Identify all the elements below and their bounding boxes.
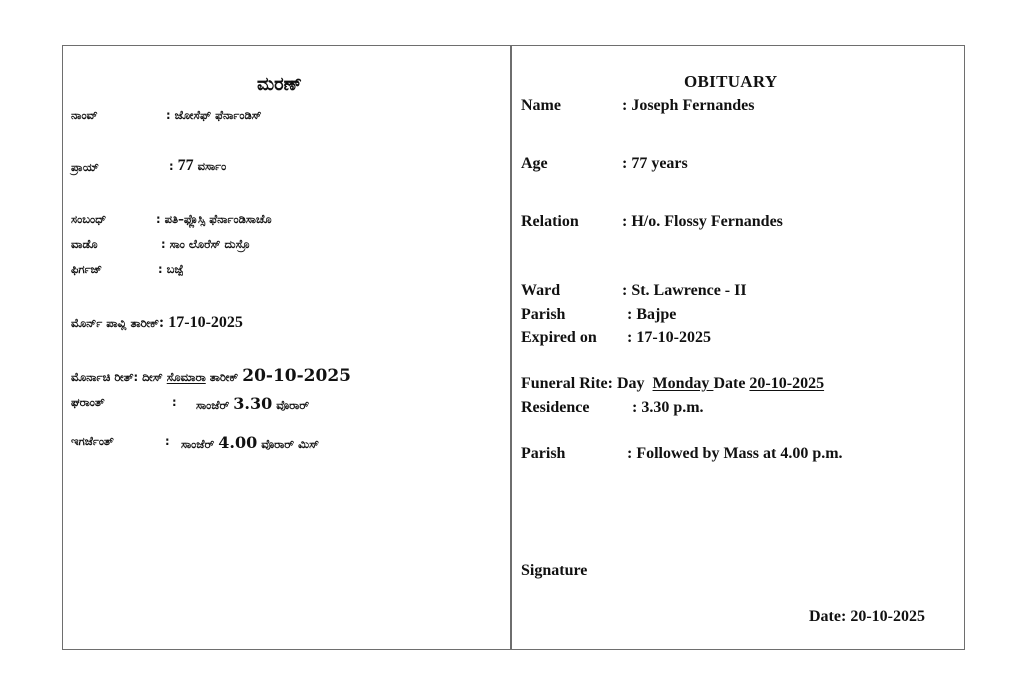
signature-date: Date: 20-10-2025 xyxy=(809,608,925,626)
konkani-church-sep: : xyxy=(165,434,170,448)
konkani-home-label: ಘರಾಂತ್ xyxy=(71,395,105,410)
konkani-ward-label: ವಾಡೊ xyxy=(71,237,98,252)
obituary-table-border xyxy=(62,45,965,650)
konkani-relation-label: ಸಂಬಂಧ್ xyxy=(71,212,106,227)
relation-value: : H/o. Flossy Fernandes xyxy=(622,213,783,231)
residence-label: Residence xyxy=(521,399,589,417)
konkani-name-label: ನಾಂವ್ xyxy=(71,108,98,123)
expired-label: Expired on xyxy=(521,329,597,347)
signature-label: Signature xyxy=(521,562,587,580)
parish-value: : Bajpe xyxy=(627,306,676,324)
konkani-parish-label: ಫಿರ್ಗಜ್ xyxy=(71,262,102,277)
parish-mass-value: : Followed by Mass at 4.00 p.m. xyxy=(627,445,843,463)
konkani-relation-value: : ಪತಿ–ಫ್ಲೊಸ್ಸಿ ಫೆರ್ನಾಂಡಿಸಾಚೊ xyxy=(156,212,272,227)
ward-value: : St. Lawrence - II xyxy=(622,282,747,300)
column-divider xyxy=(510,45,512,650)
age-label: Age xyxy=(521,155,548,173)
konkani-church-time: ಸಾಂಜೆರ್ 4.00 ವೊರಾರ್ ಮಿಸ್ xyxy=(181,433,319,452)
residence-value: : 3.30 p.m. xyxy=(632,399,704,417)
konkani-home-time: ಸಾಂಜೆರ್ 3.30 ವೊರಾರ್ xyxy=(196,394,309,413)
name-value: : Joseph Fernandes xyxy=(622,97,754,115)
konkani-parish-value: : ಬಜ್ಪೆ xyxy=(158,262,183,277)
parish-mass-label: Parish xyxy=(521,445,565,463)
english-title: OBITUARY xyxy=(684,72,777,92)
name-label: Name xyxy=(521,97,561,115)
konkani-age-label: ಪ್ರಾಯ್ xyxy=(71,160,99,175)
konkani-name-value: : ಜೋಸೆಫ್ ಫೆರ್ನಾಂಡಿಸ್ xyxy=(166,108,262,123)
konkani-title: ಮರಣ್ xyxy=(257,74,302,95)
konkani-funeral-rite: ಮೊರ್ನಾಚಿ ರೀತ್: ದೀಸ್ ಸೊಮಾರಾ ತಾರೀಕ್ 20-10-… xyxy=(71,366,351,386)
konkani-ward-value: : ಸಾಂ ಲೊರೆಸ್ ದುಸ್ರೊ xyxy=(161,237,250,252)
ward-label: Ward xyxy=(521,282,560,300)
konkani-age-value: : 77 ವರ್ಸಾಂ xyxy=(169,157,226,175)
expired-value: : 17-10-2025 xyxy=(627,329,711,347)
konkani-home-sep: : xyxy=(172,395,177,409)
parish-label: Parish xyxy=(521,306,565,324)
konkani-church-label: ಇಗರ್ಜೆಂತ್ xyxy=(71,434,114,449)
funeral-rite: Funeral Rite: Day Monday Date 20-10-2025 xyxy=(521,375,824,393)
age-value: : 77 years xyxy=(622,155,688,173)
relation-label: Relation xyxy=(521,213,579,231)
konkani-death-date: ಮೊರ್ನ್ ಪಾವ್ಲಿ ತಾರೀಕ್: 17-10-2025 xyxy=(71,314,243,332)
